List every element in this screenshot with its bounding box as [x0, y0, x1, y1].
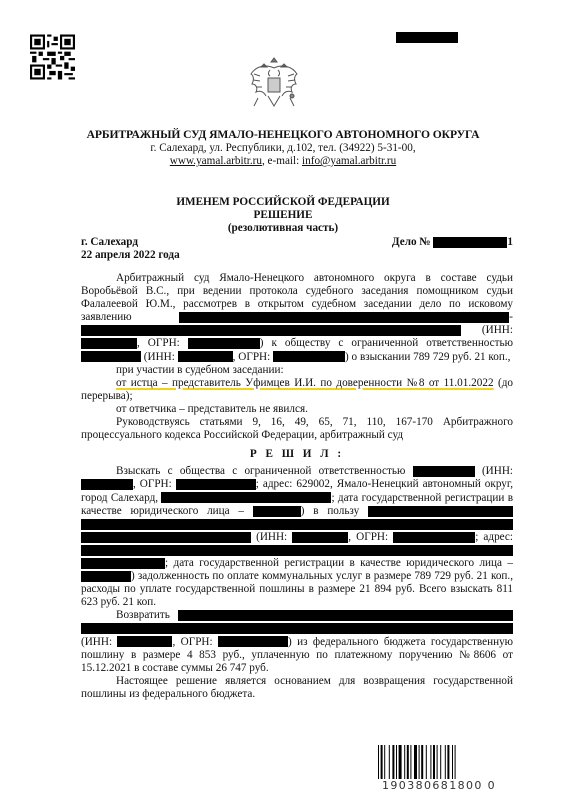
redacted-inn [178, 351, 233, 362]
court-name: АРБИТРАЖНЫЙ СУД ЯМАЛО-НЕНЕЦКОГО АВТОНОМН… [0, 128, 566, 141]
email-label: , e-mail: [262, 155, 302, 167]
redacted-plaintiff [81, 519, 513, 530]
paragraph-plaintiff-rep: от истца – представитель Уфимцев И.И. по… [81, 377, 513, 403]
court-email-link[interactable]: info@yamal.arbitr.ru [302, 155, 396, 167]
paragraph-refund: Возвратить (ИНН: , ОГРН: ) из федерально… [81, 609, 513, 674]
redacted-ogrn [218, 636, 288, 647]
redacted-plaintiff [81, 532, 251, 543]
redacted-case-number [433, 237, 507, 248]
highlighted-text: от истца – представитель Уфимцев И.И. по… [116, 377, 494, 389]
resolved-heading: Р Е Ш И Л : [81, 448, 513, 461]
redacted-plaintiff [179, 312, 509, 323]
redacted-address [161, 492, 331, 503]
redacted-plaintiff [368, 506, 513, 517]
case-number: Дело № 1 [392, 236, 513, 248]
redacted-ogrn [273, 351, 345, 362]
paragraph-recover: Взыскать с общества с ограниченной ответ… [81, 465, 513, 609]
court-website-link[interactable]: www.yamal.arbitr.ru [170, 155, 262, 167]
redacted-plaintiff [81, 623, 513, 634]
redacted-date [253, 506, 301, 517]
court-contacts: www.yamal.arbitr.ru, e-mail: info@yamal.… [0, 155, 566, 167]
redacted-date [81, 571, 131, 582]
redacted-defendant [81, 351, 141, 362]
redacted-ogrn [176, 479, 256, 490]
court-address: г. Салехард, ул. Республики, д.102, тел.… [0, 142, 566, 154]
redacted-inn [81, 338, 137, 349]
paragraph-participation: при участии в судебном заседании: [81, 364, 513, 377]
redacted-inn [81, 479, 133, 490]
barcode-number: 190380681800 0 [382, 779, 496, 792]
redacted-inn [292, 532, 348, 543]
paragraph-basis-refund: Настоящее решение является основанием дл… [81, 675, 513, 701]
title-line-2: РЕШЕНИЕ [0, 209, 566, 221]
place: г. Салехард [81, 236, 138, 248]
redacted-address [81, 545, 513, 556]
redacted-ogrn [393, 532, 475, 543]
paragraph-defendant-rep: от ответчика – представитель не явился. [81, 403, 513, 416]
redacted-defendant [413, 466, 475, 477]
title-line-3: (резолютивная часть) [0, 222, 566, 234]
paragraph-legal-basis: Руководствуясь статьями 9, 16, 49, 65, 7… [81, 416, 513, 442]
document-body: Арбитражный суд Ямало-Ненецкого автономн… [81, 272, 513, 701]
place-case-row: г. Салехард Дело № 1 [81, 236, 513, 248]
paragraph-intro: Арбитражный суд Ямало-Ненецкого автономн… [81, 272, 513, 364]
qr-code-icon [30, 33, 75, 81]
russian-coat-of-arms-icon [248, 54, 300, 112]
redacted-plaintiff [81, 325, 461, 336]
title-line-1: ИМЕНЕМ РОССИЙСКОЙ ФЕДЕРАЦИИ [0, 196, 566, 208]
redacted-inn [117, 636, 172, 647]
redacted-address [81, 558, 165, 569]
decision-date: 22 апреля 2022 года [81, 249, 180, 261]
redacted-plaintiff [178, 610, 513, 621]
redacted-ogrn [188, 338, 260, 349]
redacted-block [396, 32, 458, 43]
